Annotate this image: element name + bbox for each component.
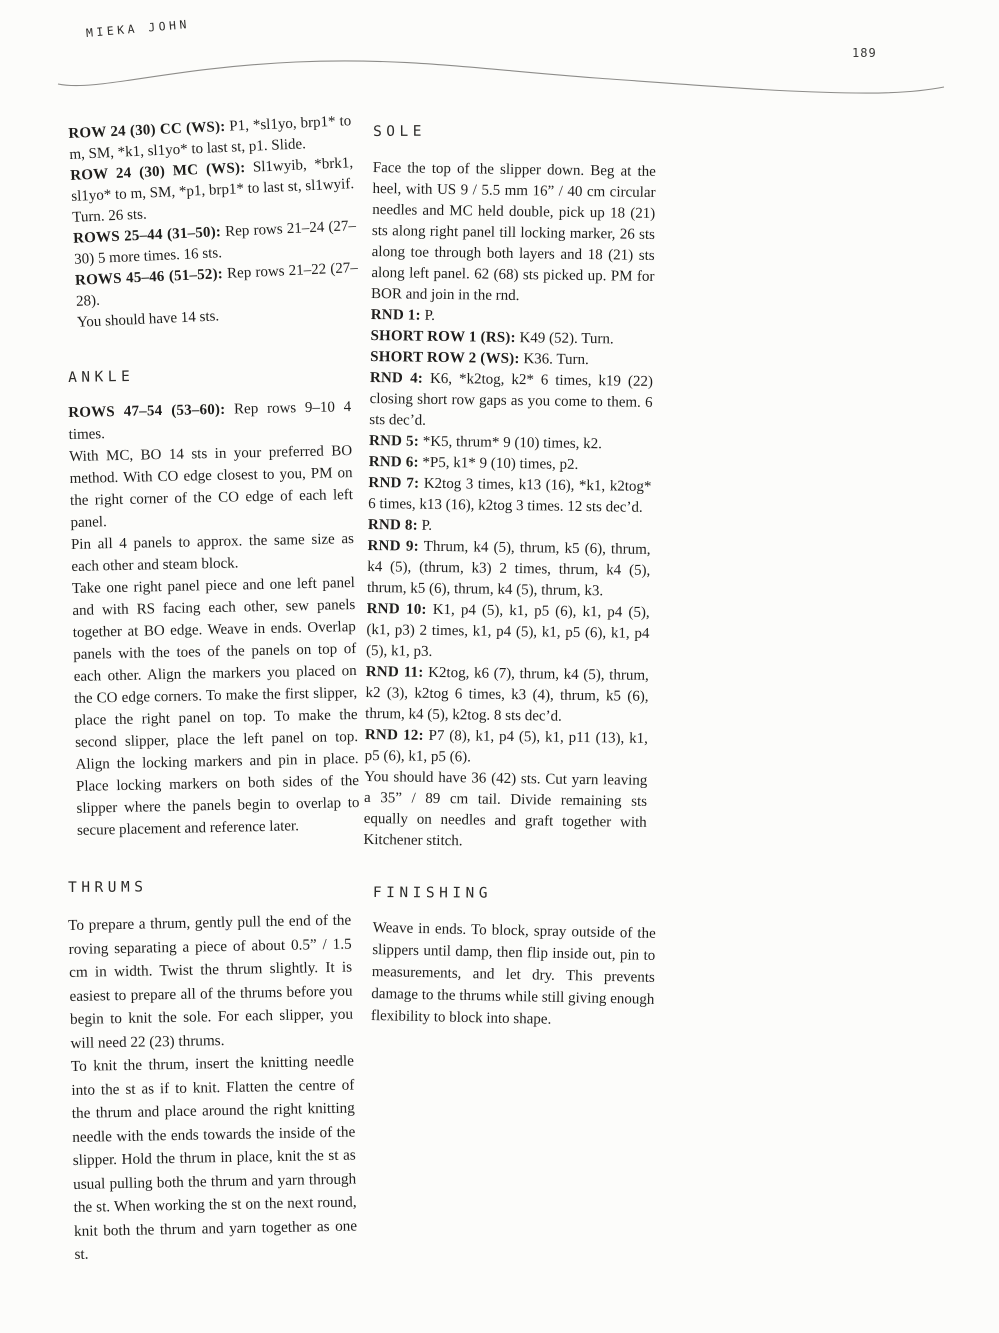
thrums-section-body: To prepare a thrum, gently pull the end … bbox=[68, 909, 358, 1267]
pattern-paragraph: With MC, BO 14 sts in your preferred BO … bbox=[69, 440, 354, 534]
row-label: RND 8: bbox=[368, 517, 418, 534]
sole-section-body: Face the top of the slipper down. Beg at… bbox=[363, 158, 656, 855]
pattern-paragraph: ROWS 47–54 (53–60): Rep rows 9–10 4 time… bbox=[68, 396, 352, 446]
row-label: RND 6: bbox=[369, 454, 419, 471]
author-header: MIEKA JOHN bbox=[85, 17, 190, 40]
pattern-paragraph: Take one right panel piece and one left … bbox=[72, 572, 360, 842]
right-column: SOLE Face the top of the slipper down. B… bbox=[373, 124, 656, 1027]
row-label: SHORT ROW 1 (RS): bbox=[370, 328, 515, 346]
sole-section-heading: SOLE bbox=[373, 123, 656, 140]
ankle-section-body: ROWS 47–54 (53–60): Rep rows 9–10 4 time… bbox=[68, 396, 360, 842]
pattern-paragraph: Face the top of the slipper down. Beg at… bbox=[371, 158, 656, 309]
row-label: RND 9: bbox=[367, 538, 419, 555]
pattern-paragraph: To prepare a thrum, gently pull the end … bbox=[68, 909, 354, 1055]
row-label: RND 5: bbox=[369, 433, 419, 450]
pattern-paragraph: RND 11: K2tog, k6 (7), thrum, k4 (5), th… bbox=[365, 662, 649, 729]
pattern-paragraph: RND 9: Thrum, k4 (5), thrum, k5 (6), thr… bbox=[367, 536, 651, 603]
row-label: RND 4: bbox=[370, 370, 423, 387]
pattern-paragraph: RND 12: P7 (8), k1, p4 (5), k1, p11 (13)… bbox=[364, 725, 648, 771]
ankle-section-heading: ANKLE bbox=[68, 365, 351, 386]
left-column: ROW 24 (30) CC (WS): P1, *sl1yo, brp1* t… bbox=[68, 124, 351, 1267]
text-columns: ROW 24 (30) CC (WS): P1, *sl1yo, brp1* t… bbox=[68, 124, 668, 1267]
row-label: RND 1: bbox=[371, 307, 421, 324]
row-label: ROWS 45–46 (51–52): bbox=[75, 266, 224, 289]
thrums-section-heading: THRUMS bbox=[68, 878, 351, 896]
pattern-paragraph: Pin all 4 panels to approx. the same siz… bbox=[71, 528, 355, 578]
pattern-paragraph: Weave in ends. To block, spray outside o… bbox=[371, 917, 656, 1033]
pattern-paragraph: RND 7: K2tog 3 times, k13 (16), *k1, k2t… bbox=[368, 473, 652, 519]
pattern-paragraph: You should have 36 (42) sts. Cut yarn le… bbox=[363, 767, 647, 855]
row-label: RND 10: bbox=[367, 601, 427, 618]
row-label: ROWS 47–54 (53–60): bbox=[68, 402, 225, 421]
row-label: RND 12: bbox=[365, 727, 424, 744]
row-label: ROW 24 (30) CC (WS): bbox=[68, 119, 226, 142]
row-instructions-block: ROW 24 (30) CC (WS): P1, *sl1yo, brp1* t… bbox=[68, 111, 360, 334]
pattern-paragraph: RND 10: K1, p4 (5), k1, p5 (6), k1, p4 (… bbox=[366, 599, 650, 666]
finishing-section-heading: FINISHING bbox=[373, 885, 656, 902]
pattern-paragraph: To knit the thrum, insert the knitting n… bbox=[71, 1050, 358, 1267]
row-label: RND 7: bbox=[368, 475, 419, 492]
pattern-paragraph: RND 4: K6, *k2tog, k2* 6 times, k19 (22)… bbox=[369, 368, 653, 435]
scanned-book-page: MIEKA JOHN 189 ROW 24 (30) CC (WS): P1, … bbox=[0, 0, 999, 1333]
row-label: ROWS 25–44 (31–50): bbox=[73, 224, 222, 247]
header-rule-line bbox=[56, 52, 946, 98]
row-label: SHORT ROW 2 (WS): bbox=[370, 349, 520, 367]
finishing-section-body: Weave in ends. To block, spray outside o… bbox=[371, 917, 656, 1033]
row-label: RND 11: bbox=[366, 664, 424, 681]
